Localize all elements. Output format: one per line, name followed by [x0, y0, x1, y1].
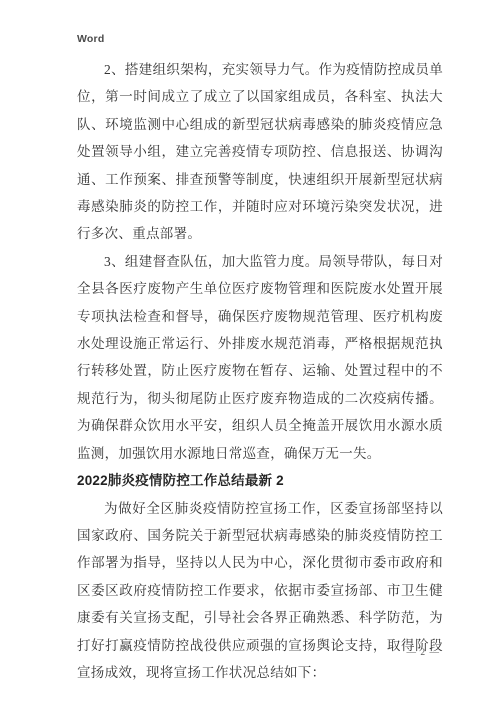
section-heading-summary-2: 2022肺炎疫情防控工作总结最新 2 — [77, 467, 443, 494]
document-page: Word 2、搭建组织架构，充实领导力气。作为疫情防控成员单位，第一时间成立了成… — [0, 0, 500, 707]
paragraph-propaganda-work: 为做好全区肺炎疫情防控宣扬工作，区委宣扬部坚持以国家政府、国务院关于新型冠状病毒… — [77, 495, 443, 687]
document-body: 2、搭建组织架构，充实领导力气。作为疫情防控成员单位，第一时间成立了成立了以国家… — [77, 56, 443, 686]
page-number: — 2 — — [407, 648, 441, 658]
paragraph-supervision-team: 3、组建督查队伍，加大监管力度。局领导带队，每日对全县各医疗废物产生单位医疗废物… — [77, 248, 443, 467]
paragraph-org-structure: 2、搭建组织架构，充实领导力气。作为疫情防控成员单位，第一时间成立了成立了以国家… — [77, 56, 443, 248]
word-app-label: Word — [77, 33, 104, 45]
